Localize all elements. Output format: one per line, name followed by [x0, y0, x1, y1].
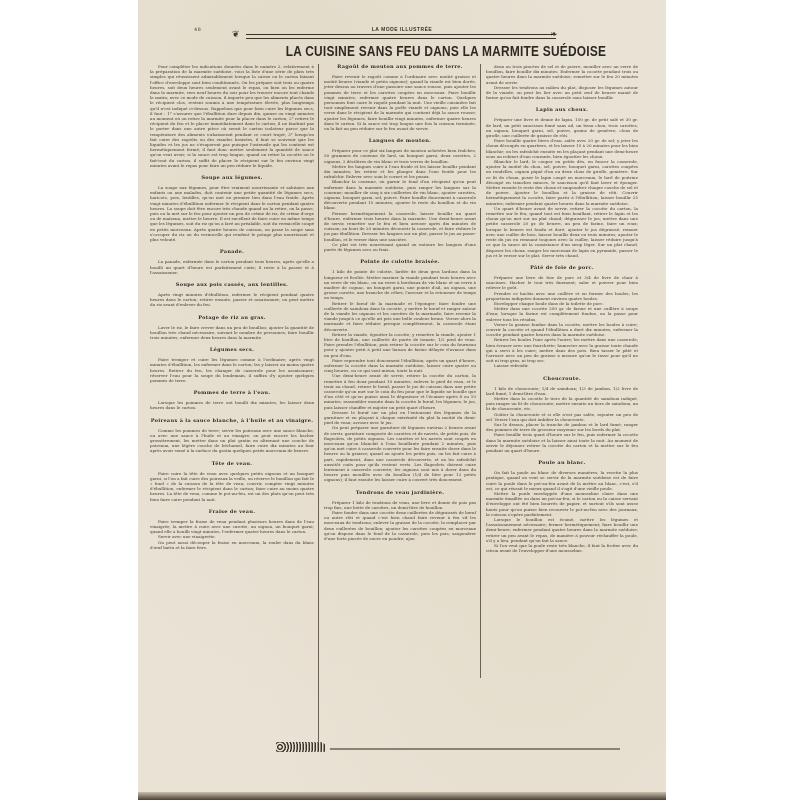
section-heading: Ragoût de mouton aux pommes de terre. [324, 64, 476, 70]
article-column-3: deux ou trois pincées de sel et de poivr… [486, 64, 638, 553]
paragraph: Préparer une livre et demie de lapin, 15… [486, 117, 638, 138]
column-divider [480, 64, 481, 184]
section-heading: Soupe aux pois cassés, aux lentilles. [150, 282, 314, 288]
section-heading: Fraise de veau. [150, 509, 314, 515]
paragraph: Faire tremper et cuire les légumes comme… [150, 357, 314, 383]
paragraph: La panade, enfermée dans le carton penda… [150, 259, 314, 275]
paragraph: deux ou trois pincées de sel et de poivr… [486, 64, 638, 85]
paragraph: Lorsque les pommes de terre ont bouilli … [150, 400, 314, 410]
section-heading: Choucroute. [486, 376, 638, 382]
paragraph: On peut préparer une garniture de légume… [324, 425, 476, 482]
paragraph: Blanchir le lard, le couper en petits dé… [486, 159, 638, 206]
article-column-1: Pour compléter les indications données d… [150, 64, 314, 550]
paragraph: Faire fondre dans une cocotte deux cuill… [324, 510, 476, 541]
section-heading: Panade. [150, 249, 314, 255]
paragraph: Lorsque le bouillon est écumé, mettre le… [486, 517, 638, 543]
paragraph: Dresser le bœuf sur un plat en l'entoura… [324, 410, 476, 426]
header-double-rule [246, 34, 556, 39]
paragraph: On fait la poule au blanc de diverses ma… [486, 470, 638, 491]
paragraph: Faire cuire la tête de veau avec quelque… [150, 471, 314, 502]
paragraph: Laisser refroidir. [486, 363, 638, 368]
paragraph: Une demi-heure avant de servir, retirer … [324, 373, 476, 409]
section-heading: Poireaux à la sauce blanche, à l'huile e… [150, 418, 314, 424]
section-heading: Soupe aux légumes. [150, 175, 314, 181]
paragraph: La soupe aux légumes, pour être vraiment… [150, 185, 314, 242]
paragraph: Ce plat est très nourrissant quand on en… [324, 242, 476, 252]
paragraph: Sur le dessus, placer la tranche de jamb… [486, 422, 638, 432]
magazine-page: 48 LA MODE ILLUSTRÉE ❦ ❧ LA CUISINE SANS… [138, 0, 666, 800]
paragraph: Fermer hermétiquement la casserole, lais… [324, 211, 476, 242]
paragraph: Prendre ce hachis avec une cuillère et e… [486, 291, 638, 301]
paragraph: Retirer le bœuf de la marinade et l'épon… [324, 301, 476, 332]
paragraph: On peut aussi découper la fraise en morc… [150, 540, 314, 550]
column-divider [480, 208, 481, 678]
paragraph: Dresser les tendrons au milieu du plat, … [486, 85, 638, 101]
paragraph: Pour compléter les indications données d… [150, 64, 314, 168]
paragraph: Faire revenir le ragoût comme à l'ordina… [324, 74, 476, 131]
paragraph: Préparer 1 kilo de tendrons de veau, une… [324, 500, 476, 510]
paragraph: Après vingt minutes d'ébullition, enferm… [150, 292, 314, 308]
paragraph: Mettre les langues cuire à l'eau froide … [324, 164, 476, 180]
section-heading: Potage de riz au gras. [150, 315, 314, 321]
paragraph: 1 kilo de choucroute; 1/4 de saindoux; 1… [486, 386, 638, 396]
dotted-scroll-ornament-icon [276, 742, 326, 752]
paragraph: Laver le riz, le faire crever dans un pe… [150, 325, 314, 341]
paragraph: Un quart d'heure avant de servir, retire… [486, 206, 638, 258]
article-column-2: Ragoût de mouton aux pommes de terre.Fai… [324, 64, 476, 541]
section-heading: Légumes secs. [150, 347, 314, 353]
section-heading: Pointe de culotte braisée. [324, 259, 476, 265]
section-heading: Langues de mouton. [324, 138, 476, 144]
section-heading: Tête de veau. [150, 461, 314, 467]
paragraph: Faire bouillir trois quart d'heure sur l… [486, 432, 638, 453]
section-heading: Lapin aux choux. [486, 107, 638, 113]
floral-flourish-icon: ❦ [232, 30, 240, 40]
paragraph: Faire reprendre tout doucement l'ébullit… [324, 358, 476, 374]
paragraph: Mettre dans la cocotte le tiers de la qu… [486, 396, 638, 412]
paragraph: Faire tremper la fraise de veau pendant … [150, 519, 314, 535]
paragraph: 1 kilo de pointe de culotte, lardée de d… [324, 269, 476, 300]
paragraph: Préparer pour ce plat six langues de mou… [324, 148, 476, 164]
paragraph: Blanchir la couenne, en garnir le fond d… [324, 179, 476, 210]
paragraph: Si l'on veut que la poule reste très bla… [486, 543, 638, 553]
article-title: LA CUISINE SANS FEU DANS LA MARMITE SUÉD… [230, 44, 663, 60]
paragraph: Mettre dans une cocotte 250 gr. de farin… [486, 306, 638, 322]
paragraph: Goûter la choucroute et si elle n'est pa… [486, 412, 638, 422]
paragraph: Retirer la viande, égoutter la cocotte; … [324, 332, 476, 358]
section-heading: Pâté de foie de porc. [486, 265, 638, 271]
paragraph: Verser la graisse fondue dans la cocotte… [486, 322, 638, 338]
section-heading: Pommes de terre à l'eau. [150, 390, 314, 396]
magazine-title: LA MODE ILLUSTRÉE [138, 27, 666, 33]
column-divider [318, 64, 319, 744]
paragraph: Faire bouillir quatre litres d'eau, salé… [486, 138, 638, 159]
footer-rule [330, 748, 620, 750]
section-heading: Tendrons de veau jardinière. [324, 490, 476, 496]
paragraph: Retirer les boules l'une après l'autre; … [486, 337, 638, 363]
paragraph: Comme les pommes de terre; servir les po… [150, 428, 314, 454]
paragraph: Préparer une livre de foie de porc et 3/… [486, 275, 638, 291]
section-heading: Poule au blanc. [486, 460, 638, 466]
paragraph: Mettre la poule enveloppée d'une moussel… [486, 491, 638, 517]
floral-flourish-icon: ❧ [550, 30, 558, 40]
